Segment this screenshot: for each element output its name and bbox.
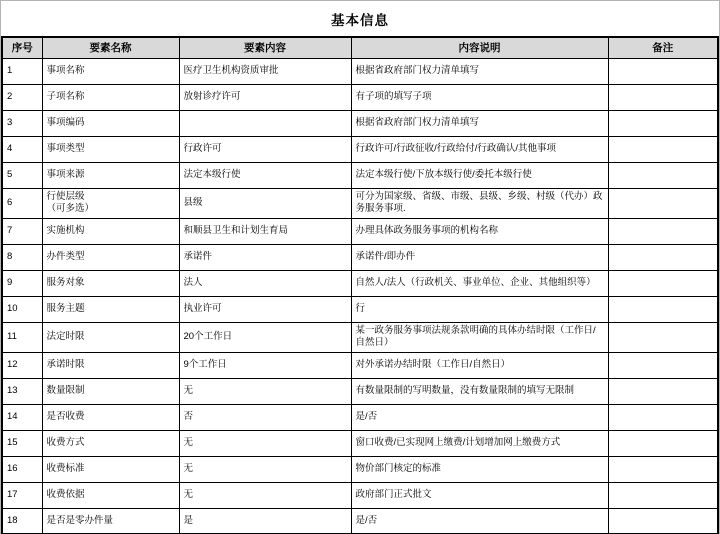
cell-name: 子项名称: [42, 84, 179, 110]
cell-description: 某一政务服务事项法规条款明确的具体办结时限（工作日/自然日）: [351, 322, 608, 352]
cell-content: 放射诊疗许可: [179, 84, 351, 110]
cell-content: 医疗卫生机构资质审批: [179, 58, 351, 84]
table-row: 16收费标准无物价部门核定的标准: [2, 456, 718, 482]
table-row: 14是否收费否是/否: [2, 404, 718, 430]
cell-content: 无: [179, 430, 351, 456]
cell-content: 法定本级行使: [179, 162, 351, 188]
cell-description: 根据省政府部门权力清单填写: [351, 58, 608, 84]
cell-name: 收费依据: [42, 482, 179, 508]
table-row: 5事项来源法定本级行使法定本级行使/下放本级行使/委托本级行使: [2, 162, 718, 188]
cell-num: 14: [2, 404, 42, 430]
cell-note: [608, 218, 718, 244]
cell-note: [608, 378, 718, 404]
cell-note: [608, 352, 718, 378]
cell-content: 法人: [179, 270, 351, 296]
cell-description: 政府部门正式批文: [351, 482, 608, 508]
cell-note: [608, 270, 718, 296]
cell-num: 9: [2, 270, 42, 296]
cell-content: 行政许可: [179, 136, 351, 162]
cell-name: 行使层级 （可多选）: [42, 188, 179, 218]
table-row: 13数量限制无有数量限制的写明数量，没有数量限制的填写无限制: [2, 378, 718, 404]
cell-name: 数量限制: [42, 378, 179, 404]
cell-num: 11: [2, 322, 42, 352]
cell-name: 办件类型: [42, 244, 179, 270]
cell-name: 收费方式: [42, 430, 179, 456]
cell-description: 可分为国家级、省级、市级、县级、乡级、村级（代办）政务服务事项.: [351, 188, 608, 218]
sheet-title: 基本信息: [1, 1, 719, 36]
cell-description: 是/否: [351, 404, 608, 430]
cell-num: 10: [2, 296, 42, 322]
cell-note: [608, 162, 718, 188]
cell-description: 是/否: [351, 508, 608, 534]
table-row: 17收费依据无政府部门正式批文: [2, 482, 718, 508]
cell-description: 办理具体政务服务事项的机构名称: [351, 218, 608, 244]
cell-description: 法定本级行使/下放本级行使/委托本级行使: [351, 162, 608, 188]
cell-name: 是否收费: [42, 404, 179, 430]
cell-num: 3: [2, 110, 42, 136]
cell-description: 根据省政府部门权力清单填写: [351, 110, 608, 136]
cell-note: [608, 404, 718, 430]
cell-description: 有数量限制的写明数量，没有数量限制的填写无限制: [351, 378, 608, 404]
cell-content: 承诺件: [179, 244, 351, 270]
cell-description: 对外承诺办结时限（工作日/自然日）: [351, 352, 608, 378]
cell-num: 7: [2, 218, 42, 244]
cell-note: [608, 508, 718, 534]
cell-name: 事项类型: [42, 136, 179, 162]
table-row: 10服务主题执业许可行: [2, 296, 718, 322]
cell-content: 无: [179, 378, 351, 404]
cell-note: [608, 456, 718, 482]
cell-note: [608, 136, 718, 162]
table-row: 3事项编码根据省政府部门权力清单填写: [2, 110, 718, 136]
cell-note: [608, 430, 718, 456]
cell-num: 16: [2, 456, 42, 482]
cell-description: 有子项的填写子项: [351, 84, 608, 110]
cell-note: [608, 84, 718, 110]
cell-num: 8: [2, 244, 42, 270]
table-row: 4事项类型行政许可行政许可/行政征收/行政给付/行政确认/其他事项: [2, 136, 718, 162]
column-header-content: 要素内容: [179, 37, 351, 58]
table-row: 9服务对象法人自然人/法人（行政机关、事业单位、企业、其他组织等）: [2, 270, 718, 296]
table-row: 2子项名称放射诊疗许可有子项的填写子项: [2, 84, 718, 110]
cell-content: [179, 110, 351, 136]
cell-name: 事项名称: [42, 58, 179, 84]
table-header: 序号 要素名称 要素内容 内容说明 备注: [2, 37, 718, 58]
cell-num: 1: [2, 58, 42, 84]
spreadsheet: 基本信息 序号 要素名称 要素内容 内容说明 备注 1事项名称医疗卫生机构资质审…: [0, 0, 720, 534]
cell-content: 否: [179, 404, 351, 430]
table-row: 15收费方式无窗口收费/已实现网上缴费/计划增加网上缴费方式: [2, 430, 718, 456]
cell-num: 18: [2, 508, 42, 534]
column-header-number: 序号: [2, 37, 42, 58]
cell-name: 承诺时限: [42, 352, 179, 378]
cell-note: [608, 110, 718, 136]
cell-name: 事项来源: [42, 162, 179, 188]
column-header-description: 内容说明: [351, 37, 608, 58]
cell-content: 和顺县卫生和计划生育局: [179, 218, 351, 244]
cell-description: 物价部门核定的标准: [351, 456, 608, 482]
cell-num: 2: [2, 84, 42, 110]
cell-note: [608, 244, 718, 270]
cell-num: 12: [2, 352, 42, 378]
cell-content: 县级: [179, 188, 351, 218]
column-header-name: 要素名称: [42, 37, 179, 58]
cell-num: 15: [2, 430, 42, 456]
table-row: 7实施机构和顺县卫生和计划生育局办理具体政务服务事项的机构名称: [2, 218, 718, 244]
basic-info-table: 序号 要素名称 要素内容 内容说明 备注 1事项名称医疗卫生机构资质审批根据省政…: [1, 36, 719, 534]
cell-description: 自然人/法人（行政机关、事业单位、企业、其他组织等）: [351, 270, 608, 296]
cell-description: 承诺件/即办件: [351, 244, 608, 270]
header-row: 序号 要素名称 要素内容 内容说明 备注: [2, 37, 718, 58]
cell-name: 服务主题: [42, 296, 179, 322]
cell-content: 是: [179, 508, 351, 534]
table-row: 11法定时限20个工作日某一政务服务事项法规条款明确的具体办结时限（工作日/自然…: [2, 322, 718, 352]
cell-note: [608, 296, 718, 322]
cell-num: 17: [2, 482, 42, 508]
cell-name: 法定时限: [42, 322, 179, 352]
cell-note: [608, 482, 718, 508]
cell-description: 窗口收费/已实现网上缴费/计划增加网上缴费方式: [351, 430, 608, 456]
cell-num: 6: [2, 188, 42, 218]
cell-name: 服务对象: [42, 270, 179, 296]
column-header-note: 备注: [608, 37, 718, 58]
cell-note: [608, 58, 718, 84]
table-row: 6行使层级 （可多选）县级可分为国家级、省级、市级、县级、乡级、村级（代办）政务…: [2, 188, 718, 218]
table-row: 12承诺时限9个工作日对外承诺办结时限（工作日/自然日）: [2, 352, 718, 378]
cell-note: [608, 322, 718, 352]
cell-content: 20个工作日: [179, 322, 351, 352]
cell-content: 无: [179, 482, 351, 508]
cell-content: 执业许可: [179, 296, 351, 322]
cell-num: 13: [2, 378, 42, 404]
cell-description: 行: [351, 296, 608, 322]
cell-description: 行政许可/行政征收/行政给付/行政确认/其他事项: [351, 136, 608, 162]
cell-name: 是否是零办件量: [42, 508, 179, 534]
cell-name: 收费标准: [42, 456, 179, 482]
cell-note: [608, 188, 718, 218]
cell-content: 9个工作日: [179, 352, 351, 378]
table-row: 18是否是零办件量是是/否: [2, 508, 718, 534]
cell-name: 实施机构: [42, 218, 179, 244]
table-row: 1事项名称医疗卫生机构资质审批根据省政府部门权力清单填写: [2, 58, 718, 84]
cell-name: 事项编码: [42, 110, 179, 136]
table-body: 1事项名称医疗卫生机构资质审批根据省政府部门权力清单填写2子项名称放射诊疗许可有…: [2, 58, 718, 534]
table-row: 8办件类型承诺件承诺件/即办件: [2, 244, 718, 270]
cell-num: 5: [2, 162, 42, 188]
cell-content: 无: [179, 456, 351, 482]
cell-num: 4: [2, 136, 42, 162]
